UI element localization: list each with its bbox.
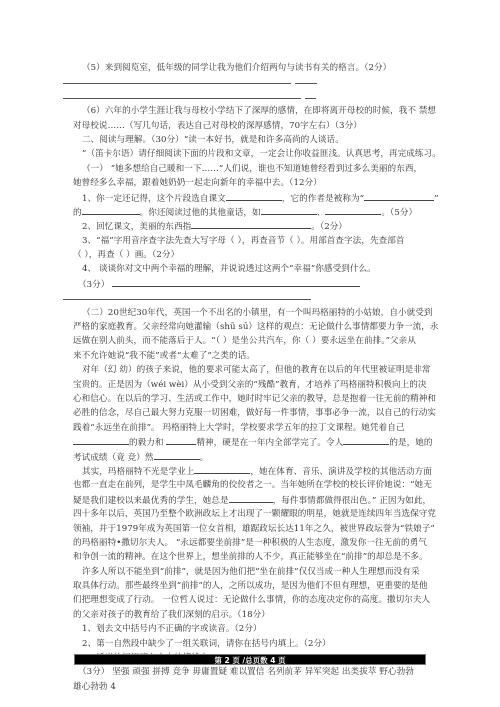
passage-4-line2: 也都一直走在前列，是学生中凤毛麟角的佼佼者之一。当年她所在学校的校长评价她说：“…	[73, 478, 431, 492]
passage-4-line4: 四十多年以后，英国乃至整个欧洲政坛上才出现了一颗耀眼的明星，她就是连续四年当选保…	[73, 507, 431, 521]
passage-2-line2: 严格的家庭教育。父亲经常向她灌输（shū sū）这样的观点：无论做什么事情都要力…	[73, 320, 431, 334]
section-2-quote: ”（笛卡尔语）请仔细阅读下面的片段和文章，一定会让你收益匪浅。认真思考，再完成练…	[73, 147, 431, 161]
passage-1-q2: 2、回忆课文，美丽的东西指。（2分）	[73, 219, 431, 233]
section-2-title: 二、阅读与理解。（30分）“读一本好书，就是和许多高尚的人谈话。	[73, 133, 431, 147]
passage-1-q3-line1: 3、“福”字用音序查字法先查大写字母（ ），再查音节（ ）。用部首查字法，先查部…	[73, 234, 431, 248]
passage-1-q3-line2: （ ），再查（ ）画。（2分）	[73, 248, 431, 262]
page-number-label: 第 2 页 /总页数 4 页	[214, 656, 285, 665]
question-6-line2: 对母校说……（写几句话，表达自己对母校的深厚感情，70字左右）（3分）	[73, 119, 431, 133]
passage-1-q4-line1: 4、 谈谈你对文中两个幸福的理解，并说说透过这两个“幸福”你感受到什么。	[73, 262, 431, 276]
blank-fairy-tale-1[interactable]	[261, 205, 317, 215]
blank-academic[interactable]	[194, 464, 250, 474]
passage-3-line1: 对年（幻 幼）的孩子来说，他的要求可能太高了，但他的教育在以后的年代里被证明是非…	[73, 363, 431, 377]
passage-5-line2: 取具体行动。那些最终坐到“前排”的人，之所以成功，是因为他们不但有理想，更重要的…	[73, 579, 431, 593]
passage-5-line3: 们把理想变成了行动。 一位哲人说过：无论做什么事情，你的态度决定你的高度。撒切尔…	[73, 593, 431, 607]
passage-1-q1-line2: 的。你还阅读过他的其他童话，如、。（5分）	[73, 205, 431, 219]
passage-3-line4: 必胜的信念，尽自己最大努力克服一切困难，做好每一件事情，事事必争一流，以自己的行…	[73, 406, 431, 420]
passage-2-q2: 2、第一自然段中缺少了一组关联词，请你在括号内填上。（2分）	[73, 637, 431, 651]
passage-5-line1: 许多人所以不能坐到“前排”，就是因为他们把“坐在前排”仅仅当成一种人生理想而没有…	[73, 565, 431, 579]
blank-author-name[interactable]	[82, 205, 140, 215]
passage-2-line1: （二）20世纪30年代，英国一个不出名的小镇里，有一个叫玛格丽特的小姑娘，自小就…	[73, 306, 431, 320]
blank-happiness-answer[interactable]	[112, 277, 360, 287]
passage-3-line5: 践着“永远坐在前排”。 玛格丽特上大学时，学校要求学五年的拉丁文课程。她凭着自己	[73, 421, 431, 435]
document-page: （5）来到阅览室，低年级的同学让我为他们介绍两句与读书有关的格言。（2分） （6…	[73, 61, 431, 694]
page-footer: 第 2 页 /总页数 4 页	[74, 654, 426, 665]
blank-always[interactable]	[229, 493, 273, 503]
passage-5-line4: 的父亲对孩子的教育给了我们深刻的启示。（18分）	[73, 608, 431, 622]
passage-4-line6: 的玛格丽特•撒切尔夫人。 “永远都要坐前排”是一种积极的人生态度，激发你一往无前…	[73, 536, 431, 550]
blank-spirit[interactable]	[166, 435, 196, 445]
passage-2-line4: 来不允许她说“我不能”或者“太难了”之类的话。	[73, 349, 431, 363]
passage-2-q1: 1、划去文中括号内不正确的字或读音。（2分）	[73, 622, 431, 636]
passage-3-line6: 的毅力和 精神，硬是在一年内全部学完了。令人的是，她的	[73, 435, 431, 449]
passage-3-line3: 心和信心。在以后的学习、生活或工作中，她时时牢记父亲的教导，总是抱着一往无前的精…	[73, 392, 431, 406]
passage-1-line2: 她曾经多么幸福，跟着她奶奶一起走向新年的幸福中去。（12分）	[73, 176, 431, 190]
word-bank-cont: 雄心勃勃 4	[73, 680, 431, 694]
blank-exam-result[interactable]	[154, 450, 200, 460]
passage-2-line3: 远做在别人前头，而不能落后于人。“（ ）是坐公共汽车，你（ ）要永远坐在前排。”…	[73, 334, 431, 348]
blank-surprising[interactable]	[343, 435, 389, 445]
passage-4-line5: 领袖，并于1979年成为英国第一位女首相，雄踞政坛长达11年之久，被世界政坛誉为…	[73, 522, 431, 536]
passage-3-line7: 考试成绩（竟 竞）然。	[73, 450, 431, 464]
passage-1-line1: （一） “她多想给自己暖和一下……”人们说，谁也不知道她曾经看到过多么美丽的东西…	[73, 162, 431, 176]
passage-3-line2: 宝贵的。正是因为（wéi wèi）从小受到父亲的“残酷”教育，才培养了玛格丽特积…	[73, 378, 431, 392]
question-5: （5）来到阅览室，低年级的同学让我为他们介绍两句与读书有关的格言。（2分）	[73, 61, 431, 75]
question-6-line1: （6）六年的小学生涯让我与母校小学结下了深厚的感情，在即将离开母校的时候，我不 …	[73, 104, 431, 118]
blank-author-title[interactable]	[364, 191, 434, 201]
passage-4-line3: 疑是我们建校以来最优秀的学生，她总是，每件事情都做得很出色。” 正因为如此，	[73, 493, 431, 507]
blank-beautiful-things[interactable]	[191, 219, 311, 229]
blank-fairy-tale-2[interactable]	[325, 205, 381, 215]
passage-4-line1: 其实，玛格丽特不光是学业上，她在体育、音乐、演讲及学校的其他活动方面	[73, 464, 431, 478]
passage-1-q4-line2: （3分）	[73, 277, 431, 291]
passage-1-q1-line1: 1、你一定还记得，这个片段选自课文，它的作者是被称为“”	[73, 191, 431, 205]
answer-line	[73, 90, 431, 104]
passage-4-line7: 和争创一流的精神。在这个世界上，想坐前排的人不少，真正能够坐在“前排”的却总是不…	[73, 550, 431, 564]
blank-willpower[interactable]	[73, 435, 129, 445]
blank-lesson-title[interactable]	[226, 191, 282, 201]
answer-line	[73, 75, 431, 89]
answer-line	[73, 291, 431, 305]
word-bank: （3分） 坚强 顽强 拼搏 竞争 毋庸置疑 难以置信 名列前茅 异军突起 出类拔…	[73, 665, 431, 679]
